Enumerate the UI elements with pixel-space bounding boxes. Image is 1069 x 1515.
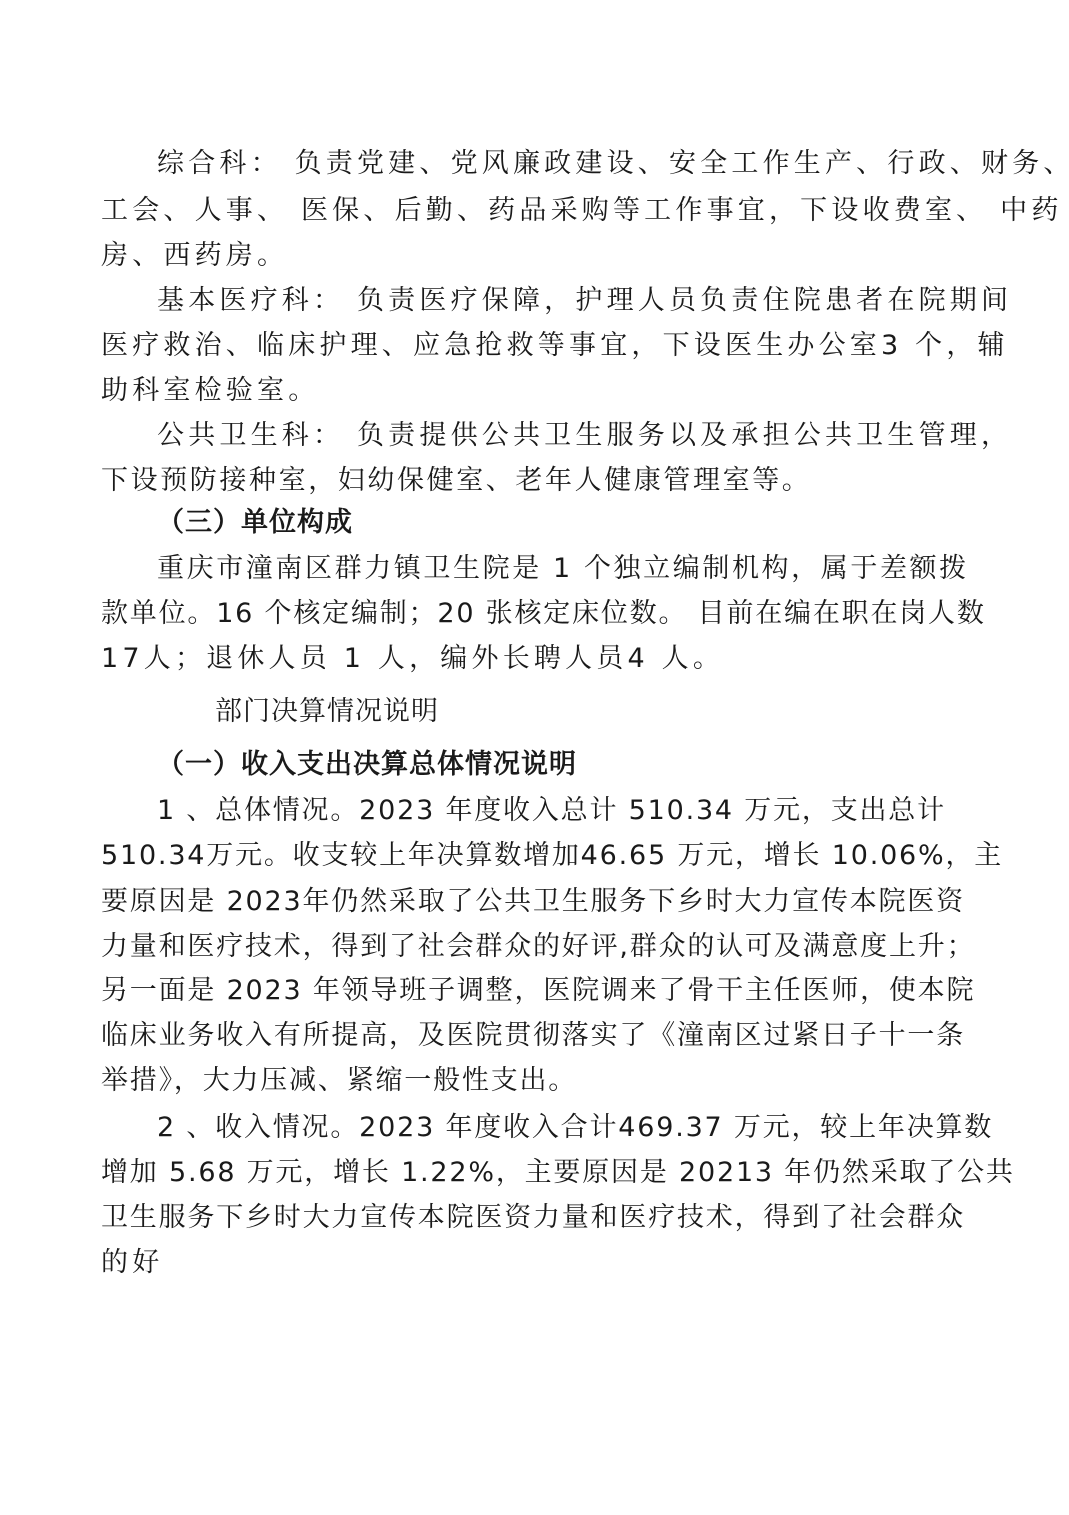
item1-line-2: 510.34万元。收支较上年决算数增加46.65 万元，增长 10.06%，主: [101, 834, 971, 878]
paragraph-gonggong-line-2: 下设预防接种室，妇幼保健室、老年人健康管理室等。: [101, 459, 971, 503]
item2-line-2: 增加 5.68 万元，增长 1.22%，主要原因是 20213 年仍然采取了公共: [101, 1151, 971, 1195]
section-three-line-1: 重庆市潼南区群力镇卫生院是 1 个独立编制机构，属于差额拨: [157, 547, 971, 591]
item1-line-4: 力量和医疗技术，得到了社会群众的好评,群众的认可及满意度上升；: [101, 925, 971, 969]
section-one-heading: （一）收入支出决算总体情况说明: [157, 743, 971, 787]
item1-line-6: 临床业务收入有所提高，及医院贯彻落实了《潼南区过紧日子十一条: [101, 1014, 971, 1058]
paragraph-zonghe-line-1: 综合科： 负责党建、党风廉政建设、安全工作生产、行政、财务、: [157, 142, 971, 186]
item1-line-1: 1 、总体情况。2023 年度收入总计 510.34 万元，支出总计: [157, 789, 971, 833]
section-three-line-2: 款单位。16 个核定编制；20 张核定床位数。 目前在编在职在岗人数: [101, 592, 971, 636]
paragraph-jiben-line-2: 医疗救治、临床护理、应急抢救等事宜，下设医生办公室3 个，辅: [101, 324, 971, 368]
paragraph-jiben-line-3: 助科室检验室。: [101, 369, 971, 413]
item1-line-3: 要原因是 2023年仍然采取了公共卫生服务下乡时大力宣传本院医资: [101, 880, 971, 924]
paragraph-gonggong-line-1: 公共卫生科： 负责提供公共卫生服务以及承担公共卫生管理，: [157, 414, 971, 458]
section-three-line-3: 17人；退休人员 1 人，编外长聘人员4 人。: [101, 637, 971, 681]
section-three-heading: （三）单位构成: [157, 501, 971, 545]
item2-line-1: 2 、收入情况。2023 年度收入合计469.37 万元，较上年决算数: [157, 1106, 971, 1150]
paragraph-zonghe-line-3: 房、西药房。: [101, 234, 971, 278]
item1-line-7: 举措》，大力压减、紧缩一般性支出。: [101, 1059, 971, 1103]
item2-line-3: 卫生服务下乡时大力宣传本院医资力量和医疗技术，得到了社会群众: [101, 1196, 971, 1240]
paragraph-zonghe-line-2: 工会、人事、 医保、后勤、药品采购等工作事宜，下设收费室、 中药: [101, 189, 971, 233]
document-page: 综合科： 负责党建、党风廉政建设、安全工作生产、行政、财务、 工会、人事、 医保…: [0, 0, 1069, 1515]
paragraph-jiben-line-1: 基本医疗科： 负责医疗保障，护理人员负责住院患者在院期间: [157, 279, 971, 323]
item1-line-5: 另一面是 2023 年领导班子调整，医院调来了骨干主任医师，使本院: [101, 969, 971, 1013]
item2-line-4: 的好: [101, 1241, 971, 1285]
part-title: 部门决算情况说明: [215, 690, 1069, 734]
